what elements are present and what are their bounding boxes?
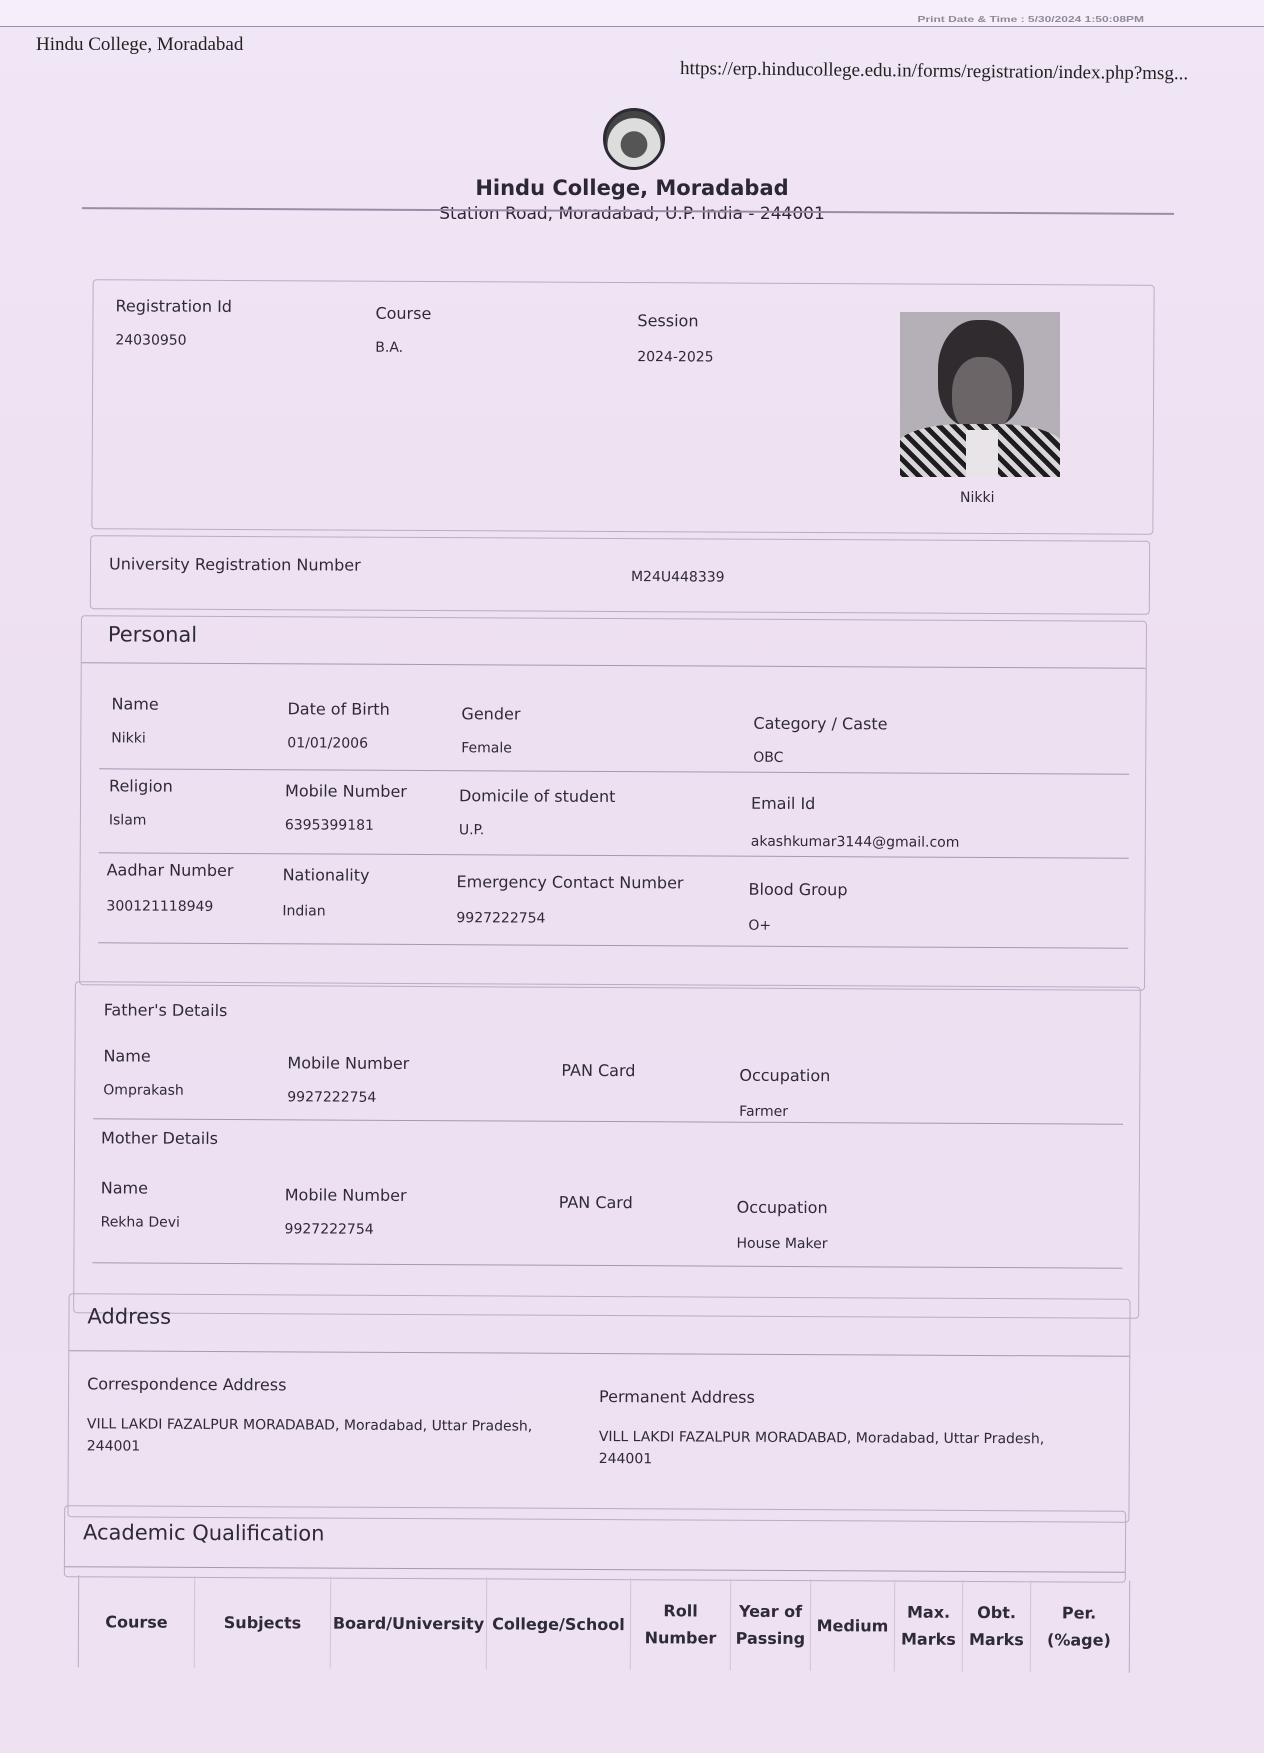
father-name-label: Name xyxy=(103,1046,150,1065)
column-header-medium: Medium xyxy=(811,1579,895,1671)
mobile-value: 6395399181 xyxy=(285,817,374,833)
personal-section-title: Personal xyxy=(108,622,197,646)
college-emblem-icon xyxy=(603,108,665,170)
mother-mobile-value: 9927222754 xyxy=(285,1221,374,1237)
father-mobile-label: Mobile Number xyxy=(287,1053,409,1073)
browser-page-title: Hindu College, Moradabad xyxy=(36,34,243,56)
blood-group-label: Blood Group xyxy=(749,880,848,900)
emergency-contact-label: Emergency Contact Number xyxy=(457,872,684,892)
father-details-title: Father's Details xyxy=(104,1000,228,1020)
religion-value: Islam xyxy=(109,812,147,828)
mother-occupation-label: Occupation xyxy=(737,1198,828,1217)
academic-section-title: Academic Qualification xyxy=(83,1520,325,1545)
dob-value: 01/01/2006 xyxy=(287,735,368,751)
personal-panel: Personal Name Nikki Date of Birth 01/01/… xyxy=(79,615,1147,991)
print-date-time: Print Date & Time : 5/30/2024 1:50:08PM xyxy=(917,14,1144,24)
permanent-address-line1: VILL LAKDI FAZALPUR MORADABAD, Moradabad… xyxy=(599,1429,1044,1447)
religion-label: Religion xyxy=(109,776,173,795)
gender-label: Gender xyxy=(461,704,520,723)
permanent-address-label: Permanent Address xyxy=(599,1387,755,1407)
category-label: Category / Caste xyxy=(753,714,887,734)
course-label: Course xyxy=(375,304,431,323)
college-name: Hindu College, Moradabad xyxy=(0,176,1264,200)
father-mobile-value: 9927222754 xyxy=(287,1089,376,1105)
domicile-label: Domicile of student xyxy=(459,786,616,806)
father-occupation-label: Occupation xyxy=(739,1066,830,1085)
dob-label: Date of Birth xyxy=(287,699,389,719)
column-header-roll-number: Roll Number xyxy=(631,1578,731,1671)
gender-value: Female xyxy=(461,740,512,756)
column-header-obt-marks: Obt. Marks xyxy=(963,1580,1031,1672)
mother-occupation-value: House Maker xyxy=(736,1236,827,1252)
registration-id-label: Registration Id xyxy=(115,296,232,316)
column-header-percentage: Per. (%age) xyxy=(1031,1580,1127,1673)
browser-page-url: https://erp.hinducollege.edu.in/forms/re… xyxy=(680,58,1188,85)
column-header-board-university: Board/University xyxy=(331,1577,487,1670)
parents-panel: Father's Details Name Omprakash Mobile N… xyxy=(73,981,1141,1319)
domicile-value: U.P. xyxy=(459,822,485,838)
father-pan-label: PAN Card xyxy=(561,1061,635,1080)
column-header-year-of-passing: Year of Passing xyxy=(731,1579,811,1671)
mother-name-label: Name xyxy=(101,1178,148,1197)
name-label: Name xyxy=(111,694,158,713)
mobile-label: Mobile Number xyxy=(285,781,407,801)
correspondence-address-line2: 244001 xyxy=(87,1438,141,1454)
nationality-value: Indian xyxy=(282,903,325,919)
permanent-address-line2: 244001 xyxy=(599,1451,653,1467)
blood-group-value: O+ xyxy=(748,918,771,934)
column-header-course: Course xyxy=(79,1575,195,1668)
nationality-label: Nationality xyxy=(283,865,370,884)
academic-table-header: Course Subjects Board/University College… xyxy=(78,1575,1130,1673)
university-registration-value: M24U448339 xyxy=(631,569,725,585)
email-value: akashkumar3144@gmail.com xyxy=(751,834,960,851)
column-header-max-marks: Max. Marks xyxy=(895,1580,963,1672)
mother-pan-label: PAN Card xyxy=(559,1193,633,1212)
session-label: Session xyxy=(637,311,698,330)
mother-details-title: Mother Details xyxy=(101,1128,218,1148)
emergency-contact-value: 9927222754 xyxy=(456,910,545,926)
correspondence-address-line1: VILL LAKDI FAZALPUR MORADABAD, Moradabad… xyxy=(87,1416,532,1434)
category-value: OBC xyxy=(753,750,783,766)
address-panel: Address Correspondence Address VILL LAKD… xyxy=(67,1293,1130,1523)
column-header-college-school: College/School xyxy=(487,1577,631,1670)
email-label: Email Id xyxy=(751,794,815,813)
university-registration-label: University Registration Number xyxy=(109,554,361,574)
print-header-strip: Print Date & Time : 5/30/2024 1:50:08PM xyxy=(0,0,1264,27)
aadhar-value: 300121118949 xyxy=(106,898,213,915)
college-header: Hindu College, Moradabad Station Road, M… xyxy=(0,100,1264,224)
address-section-title: Address xyxy=(87,1304,171,1328)
student-photo xyxy=(900,312,1060,477)
column-header-subjects: Subjects xyxy=(195,1576,331,1669)
academic-panel: Academic Qualification xyxy=(64,1505,1126,1583)
registration-id-value: 24030950 xyxy=(115,332,186,348)
father-name-value: Omprakash xyxy=(103,1082,184,1098)
university-registration-panel: University Registration Number M24U44833… xyxy=(90,535,1150,615)
mother-mobile-label: Mobile Number xyxy=(285,1185,407,1205)
correspondence-address-label: Correspondence Address xyxy=(87,1374,286,1394)
printed-registration-page: Print Date & Time : 5/30/2024 1:50:08PM … xyxy=(0,0,1264,1753)
session-value: 2024-2025 xyxy=(637,349,713,365)
photo-caption: Nikki xyxy=(960,490,994,506)
father-occupation-value: Farmer xyxy=(739,1104,788,1120)
course-value: B.A. xyxy=(375,340,403,356)
name-value: Nikki xyxy=(111,730,146,746)
mother-name-value: Rekha Devi xyxy=(101,1214,180,1230)
aadhar-label: Aadhar Number xyxy=(107,860,234,880)
